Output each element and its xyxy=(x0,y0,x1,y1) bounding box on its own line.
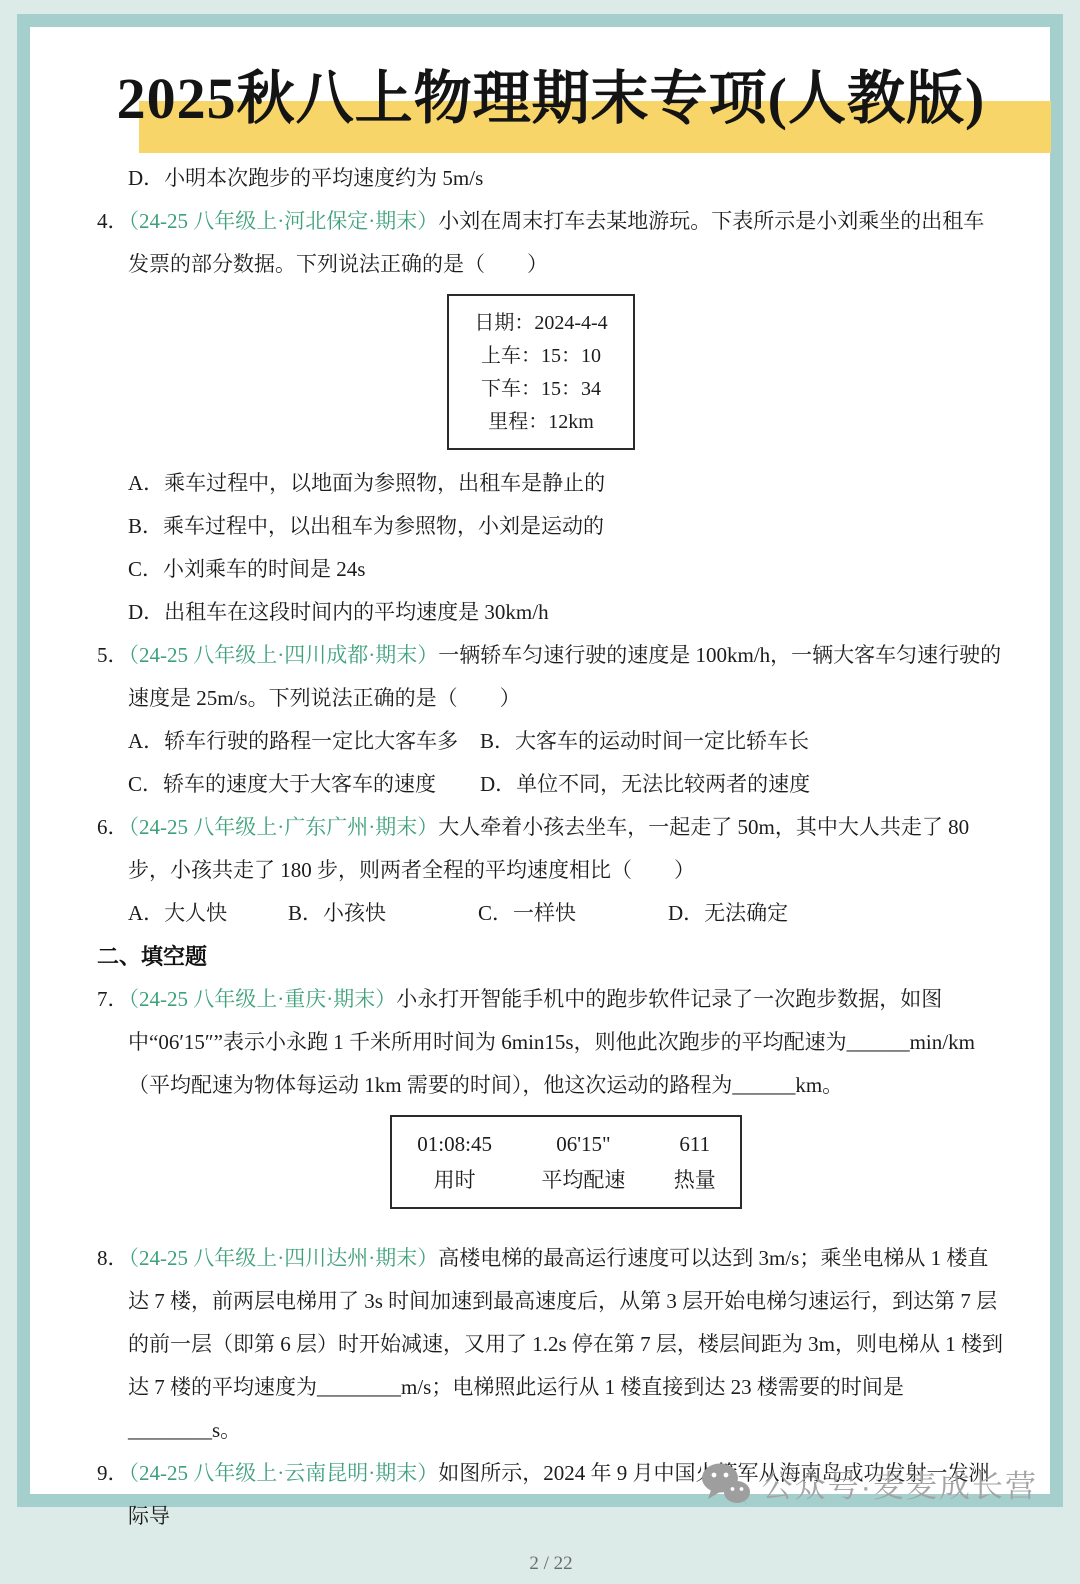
page-frame: 2025秋八上物理期末专项(人教版) D．小明本次跑步的平均速度约为 5m/s … xyxy=(17,14,1063,1507)
app-calories-label: 热量 xyxy=(650,1163,740,1197)
question-6-source-tag: （24-25 八年级上·广东广州·期末） xyxy=(129,815,439,839)
watermark-text: 公众号·麦麦成长营 xyxy=(762,1461,1038,1506)
app-pace-label: 平均配速 xyxy=(517,1163,649,1197)
app-pace-value: 06'15" xyxy=(517,1127,649,1161)
taxi-receipt-table: 日期：2024-4-4 上车：15：10 下车：15：34 里程：12km xyxy=(447,294,635,450)
question-7: 7．（24-25 八年级上·重庆·期末）小永打开智能手机中的跑步软件记录了一次跑… xyxy=(97,978,1005,1107)
question-5-option-a: A．轿车行驶的路程一定比大客车多 xyxy=(128,720,480,763)
question-6: 6．（24-25 八年级上·广东广州·期末）大人牵着小孩去坐车，一起走了 50m… xyxy=(97,806,1005,892)
question-5-option-b: B．大客车的运动时间一定比轿车长 xyxy=(480,720,809,763)
receipt-dropoff-row: 下车：15：34 xyxy=(449,373,633,406)
question-6-number: 6． xyxy=(97,815,129,839)
question-6-option-d: D．无法确定 xyxy=(668,892,788,935)
question-5-options-row-1: A．轿车行驶的路程一定比大客车多 B．大客车的运动时间一定比轿车长 xyxy=(128,720,1005,763)
question-5-source-tag: （24-25 八年级上·四川成都·期末） xyxy=(129,643,439,667)
watermark: 公众号·麦麦成长营 xyxy=(700,1461,1038,1506)
question-4-option-a: A．乘车过程中，以地面为参照物，出租车是静止的 xyxy=(128,462,1005,505)
question-8-source-tag: （24-25 八年级上·四川达州·期末） xyxy=(129,1246,439,1270)
stray-option-d: D．小明本次跑步的平均速度约为 5m/s xyxy=(128,157,1005,200)
question-6-option-b: B．小孩快 xyxy=(288,892,478,935)
question-6-options-row: A．大人快 B．小孩快 C．一样快 D．无法确定 xyxy=(128,892,1005,935)
question-5-options-row-2: C．轿车的速度大于大客车的速度 D．单位不同，无法比较两者的速度 xyxy=(128,763,1005,806)
question-4-number: 4． xyxy=(97,209,129,233)
app-calories-value: 611 xyxy=(650,1127,740,1161)
page-title: 2025秋八上物理期末专项(人教版) xyxy=(97,49,1005,149)
question-8-text: 高楼电梯的最高运行速度可以达到 3m/s；乘坐电梯从 1 楼直达 7 楼，前两层… xyxy=(128,1246,1003,1442)
question-4: 4．（24-25 八年级上·河北保定·期末）小刘在周末打车去某地游玩。下表所示是… xyxy=(97,200,1005,286)
question-5-option-c: C．轿车的速度大于大客车的速度 xyxy=(128,763,480,806)
question-4-source-tag: （24-25 八年级上·河北保定·期末） xyxy=(129,209,439,233)
question-9-source-tag: （24-25 八年级上·云南昆明·期末） xyxy=(129,1461,439,1485)
receipt-date-row: 日期：2024-4-4 xyxy=(449,307,633,340)
wechat-icon xyxy=(700,1462,752,1506)
question-7-source-tag: （24-25 八年级上·重庆·期末） xyxy=(129,987,397,1011)
running-app-figure: 01:08:45 06'15" 611 用时 平均配速 热量 xyxy=(390,1115,742,1209)
app-duration-label: 用时 xyxy=(392,1163,517,1197)
app-duration-value: 01:08:45 xyxy=(392,1127,517,1161)
worksheet-page: 2025秋八上物理期末专项(人教版) D．小明本次跑步的平均速度约为 5m/s … xyxy=(30,49,1050,1516)
question-4-option-c: C．小刘乘车的时间是 24s xyxy=(128,548,1005,591)
title-block: 2025秋八上物理期末专项(人教版) xyxy=(97,49,1005,157)
question-6-option-a: A．大人快 xyxy=(128,892,288,935)
question-7-number: 7． xyxy=(97,987,129,1011)
question-5-number: 5． xyxy=(97,643,129,667)
question-6-option-c: C．一样快 xyxy=(478,892,668,935)
receipt-pickup-row: 上车：15：10 xyxy=(449,340,633,373)
question-5-option-d: D．单位不同，无法比较两者的速度 xyxy=(480,763,810,806)
question-8: 8．（24-25 八年级上·四川达州·期末）高楼电梯的最高运行速度可以达到 3m… xyxy=(97,1237,1005,1452)
receipt-distance-row: 里程：12km xyxy=(449,406,633,439)
question-8-number: 8． xyxy=(97,1246,129,1270)
question-4-option-d: D．出租车在这段时间内的平均速度是 30km/h xyxy=(128,591,1005,634)
question-4-option-b: B．乘车过程中，以出租车为参照物，小刘是运动的 xyxy=(128,505,1005,548)
section-header-fill-in: 二、填空题 xyxy=(97,935,1005,978)
question-5: 5．（24-25 八年级上·四川成都·期末）一辆轿车匀速行驶的速度是 100km… xyxy=(97,634,1005,720)
question-9-number: 9． xyxy=(97,1461,129,1485)
